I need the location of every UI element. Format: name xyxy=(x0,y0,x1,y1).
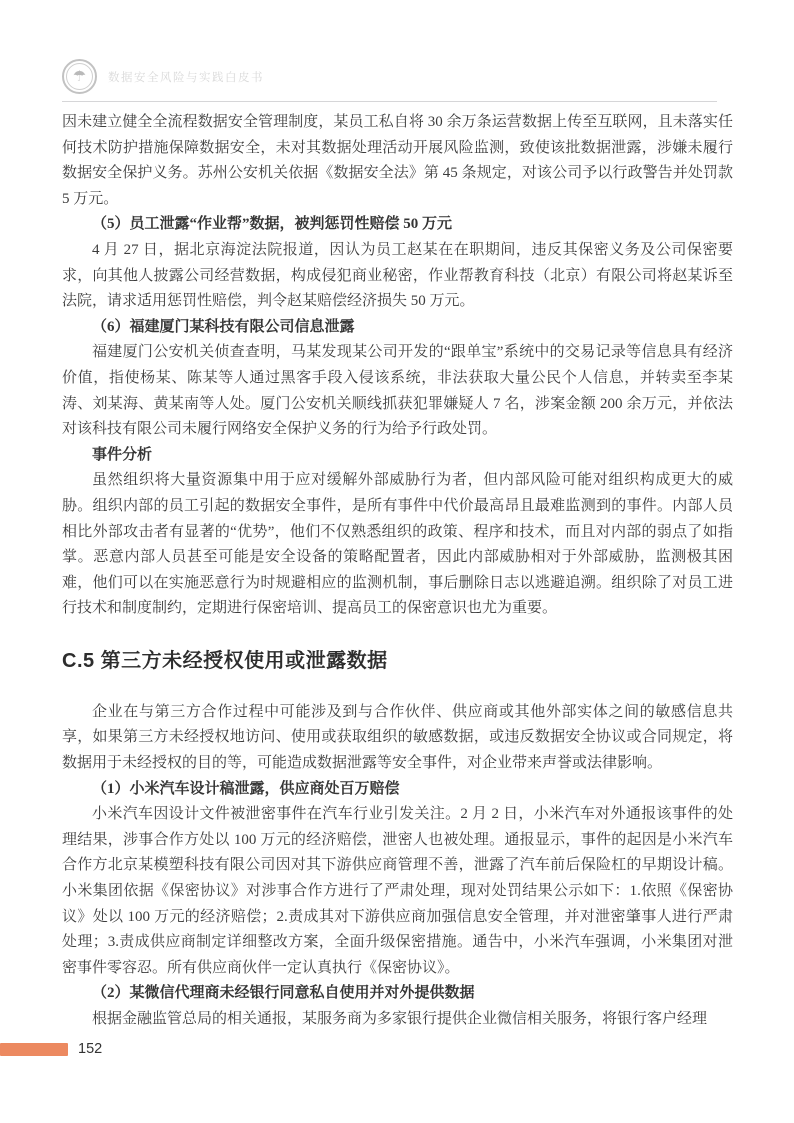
page-number-accent-bar xyxy=(0,1043,68,1056)
case-heading-1: （1）小米汽车设计稿泄露，供应商处百万赔偿 xyxy=(62,777,733,803)
umbrella-seal-icon: ☂ xyxy=(62,59,97,94)
analysis-heading: 事件分析 xyxy=(62,443,733,469)
paragraph: 4 月 27 日，据北京海淀法院报道，因认为员工赵某在在职期间，违反其保密义务及… xyxy=(62,238,733,315)
paragraph: 虽然组织将大量资源集中用于应对缓解外部威胁行为者，但内部风险可能对组织构成更大的… xyxy=(62,468,733,622)
page-header: ☂ 数据安全风险与实践白皮书 xyxy=(62,58,733,102)
paragraph: 根据金融监管总局的相关通报，某服务商为多家银行提供企业微信相关服务，将银行客户经… xyxy=(62,1007,733,1033)
header-title: 数据安全风险与实践白皮书 xyxy=(108,69,264,85)
paragraph: 小米汽车因设计文件被泄密事件在汽车行业引发关注。2 月 2 日，小米汽车对外通报… xyxy=(62,802,733,981)
section-heading-c5: C.5 第三方未经授权使用或泄露数据 xyxy=(62,648,733,675)
page-number: 152 xyxy=(78,1041,102,1057)
case-heading-5: （5）员工泄露“作业帮”数据，被判惩罚性赔偿 50 万元 xyxy=(62,212,733,238)
case-heading-6: （6）福建厦门某科技有限公司信息泄露 xyxy=(62,315,733,341)
case-heading-2: （2）某微信代理商未经银行同意私自使用并对外提供数据 xyxy=(62,981,733,1007)
header-divider xyxy=(62,101,717,102)
document-content: 因未建立健全全流程数据安全管理制度，某员工私自将 30 余万条运营数据上传至互联… xyxy=(62,110,733,1033)
paragraph: 福建厦门公安机关侦查查明，马某发现某公司开发的“跟单宝”系统中的交易记录等信息具… xyxy=(62,340,733,442)
paragraph: 因未建立健全全流程数据安全管理制度，某员工私自将 30 余万条运营数据上传至互联… xyxy=(62,110,733,212)
paragraph: 企业在与第三方合作过程中可能涉及到与合作伙伴、供应商或其他外部实体之间的敏感信息… xyxy=(62,700,733,777)
document-page: ☂ 数据安全风险与实践白皮书 因未建立健全全流程数据安全管理制度，某员工私自将 … xyxy=(0,0,794,1123)
page-footer: 152 xyxy=(0,1041,102,1057)
